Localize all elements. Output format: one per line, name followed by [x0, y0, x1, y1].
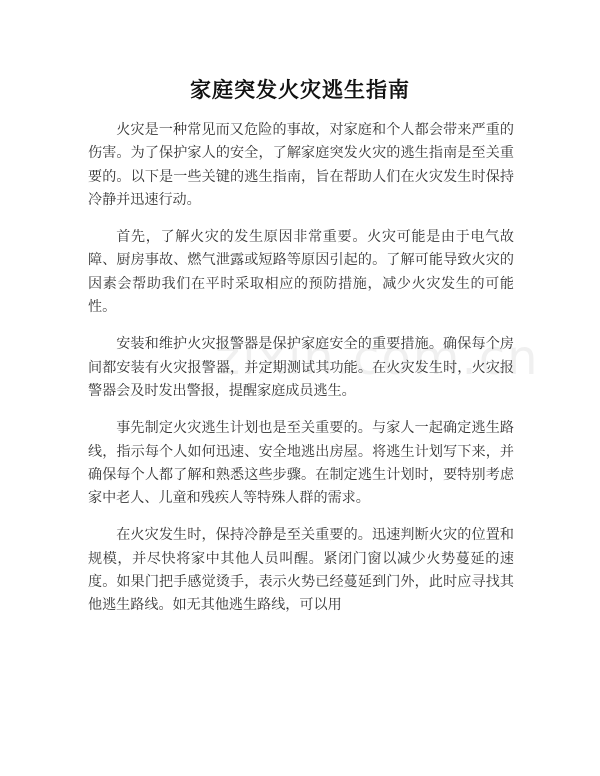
document-title: 家庭突发火灾逃生指南: [0, 74, 600, 104]
document-page: 家庭突发火灾逃生指南 zixin.com.cn 火灾是一种常见而又危险的事故，对…: [0, 0, 600, 776]
paragraph-causes: 首先，了解火灾的发生原因非常重要。火灾可能是由于电气故障、厨房事故、燃气泄露或短…: [88, 226, 514, 319]
paragraph-escape-plan: 事先制定火灾逃生计划也是至关重要的。与家人一起确定逃生路线，指示每个人如何迅速、…: [88, 417, 514, 510]
document-body: 火灾是一种常见而又危险的事故，对家庭和个人都会带来严重的伤害。为了保护家人的安全…: [88, 119, 514, 632]
paragraph-alarms: 安装和维护火灾报警器是保护家庭安全的重要措施。确保每个房间都安装有火灾报警器，并…: [88, 333, 514, 403]
paragraph-intro: 火灾是一种常见而又危险的事故，对家庭和个人都会带来严重的伤害。为了保护家人的安全…: [88, 119, 514, 212]
paragraph-stay-calm: 在火灾发生时，保持冷静是至关重要的。迅速判断火灾的位置和规模，并尽快将家中其他人…: [88, 524, 514, 617]
